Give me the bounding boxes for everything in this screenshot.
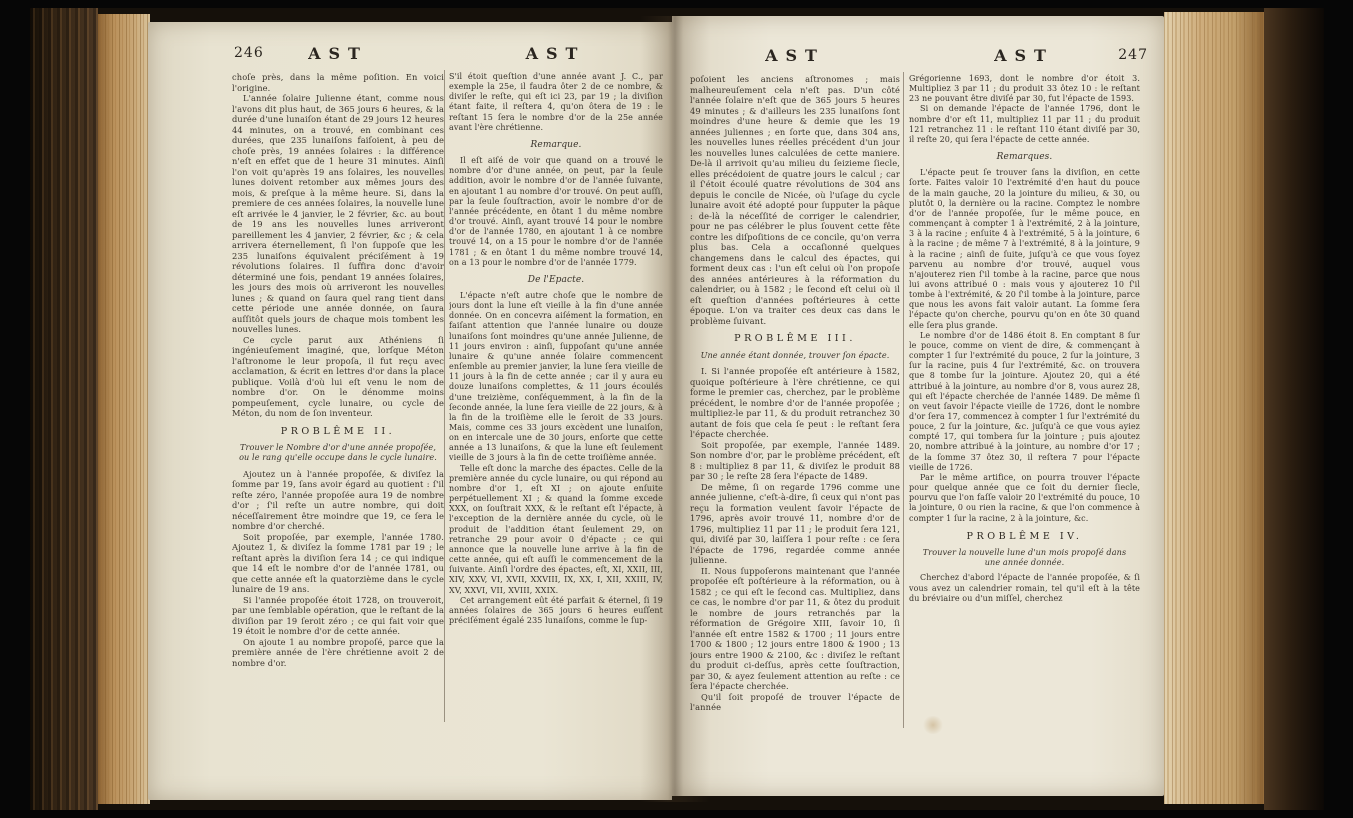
problem-heading: PROBLÊME IV.	[909, 532, 1140, 542]
photograph-of-open-book: { "palette": { "background": "#060606", …	[0, 0, 1353, 818]
subtitle: Trouver la nouvelle lune d'un mois propo…	[915, 548, 1134, 568]
problem-heading: PROBLÊME II.	[232, 427, 444, 438]
paragraph: Si l'année propoſée étoit 1728, on trouv…	[232, 595, 444, 637]
paragraph: Si on demande l'épacte de l'année 1796, …	[909, 104, 1140, 145]
paragraph: Le nombre d'or de 1486 étoit 8. En compt…	[909, 331, 1140, 473]
paragraph: L'année ſolaire Julienne étant, comme no…	[232, 93, 444, 335]
paragraph: On ajoute 1 au nombre propoſé, parce que…	[232, 637, 444, 669]
running-head-ast-3: AST	[690, 46, 900, 65]
paragraph: Cet arrangement eût été parfait & éterne…	[449, 596, 663, 626]
open-book: 246 AST AST choſe près, dans la même poſ…	[30, 8, 1324, 810]
paragraph: I. Si l'année propoſée eſt antérieure à …	[690, 366, 900, 440]
running-head-ast-2: AST	[448, 44, 663, 63]
left-page: 246 AST AST choſe près, dans la même poſ…	[148, 22, 672, 800]
paragraph: L'épacte n'eſt autre choſe que le nombre…	[449, 291, 663, 464]
subtitle: Une année étant donnée, trouver ſon épac…	[696, 351, 894, 361]
italic-heading: Remarques.	[909, 152, 1140, 162]
paragraph: Soit propoſée, par exemple, l'année 1780…	[232, 532, 444, 595]
column-rule	[444, 70, 445, 722]
page-number-247: 247	[1092, 47, 1148, 63]
paragraph: Qu'il ſoit propoſé de trouver l'épacte d…	[690, 692, 900, 713]
subtitle: Trouver le Nombre d'or d'une année propo…	[238, 443, 438, 463]
book-cover-left	[30, 8, 98, 810]
text-column-4: Grégorienne 1693, dont le nombre d'or ét…	[909, 74, 1140, 728]
book-cover-right	[1264, 8, 1324, 810]
page-edges-left	[98, 14, 150, 804]
continuation: poſoient les anciens aſtronomes ; mais m…	[690, 74, 900, 326]
paragraph: Ajoutez un à l'année propoſée, & diviſez…	[232, 469, 444, 532]
column-rule	[903, 72, 904, 728]
continuation: Grégorienne 1693, dont le nombre d'or ét…	[909, 74, 1140, 104]
paragraph: Soit propoſée, par exemple, l'année 1489…	[690, 440, 900, 482]
paragraph: Par le même artifice, on pourra trouver …	[909, 473, 1140, 524]
paragraph: Telle eſt donc la marche des épactes. Ce…	[449, 464, 663, 596]
running-head-ast-1: AST	[232, 44, 444, 63]
text-column-3: poſoient les anciens aſtronomes ; mais m…	[690, 74, 900, 728]
right-page: AST AST 247 poſoient les anciens aſtrono…	[672, 16, 1164, 796]
paragraph: L'épacte peut ſe trouver ſans la diviſio…	[909, 168, 1140, 331]
problem-heading: PROBLÊME III.	[690, 334, 900, 345]
paragraph: Ce cycle parut aux Athéniens ſi ingénieu…	[232, 335, 444, 419]
italic-heading: De l'Epacte.	[449, 275, 663, 285]
continuation: choſe près, dans la même poſition. En vo…	[232, 72, 444, 93]
text-column-2: S'il étoit queſtion d'une année avant J.…	[449, 72, 663, 724]
continuation: S'il étoit queſtion d'une année avant J.…	[449, 72, 663, 133]
italic-heading: Remarque.	[449, 140, 663, 150]
paragraph: II. Nous ſuppoſerons maintenant que l'an…	[690, 566, 900, 692]
page-edges-right	[1164, 12, 1264, 804]
paragraph: Cherchez d'abord l'épacte de l'année pro…	[909, 573, 1140, 603]
text-column-1: choſe près, dans la même poſition. En vo…	[232, 72, 444, 716]
paragraph: Il eſt aiſé de voir que quand on a trouv…	[449, 156, 663, 268]
foxing-spot	[922, 716, 944, 734]
paragraph: De même, ſi on regarde 1796 comme une an…	[690, 482, 900, 566]
